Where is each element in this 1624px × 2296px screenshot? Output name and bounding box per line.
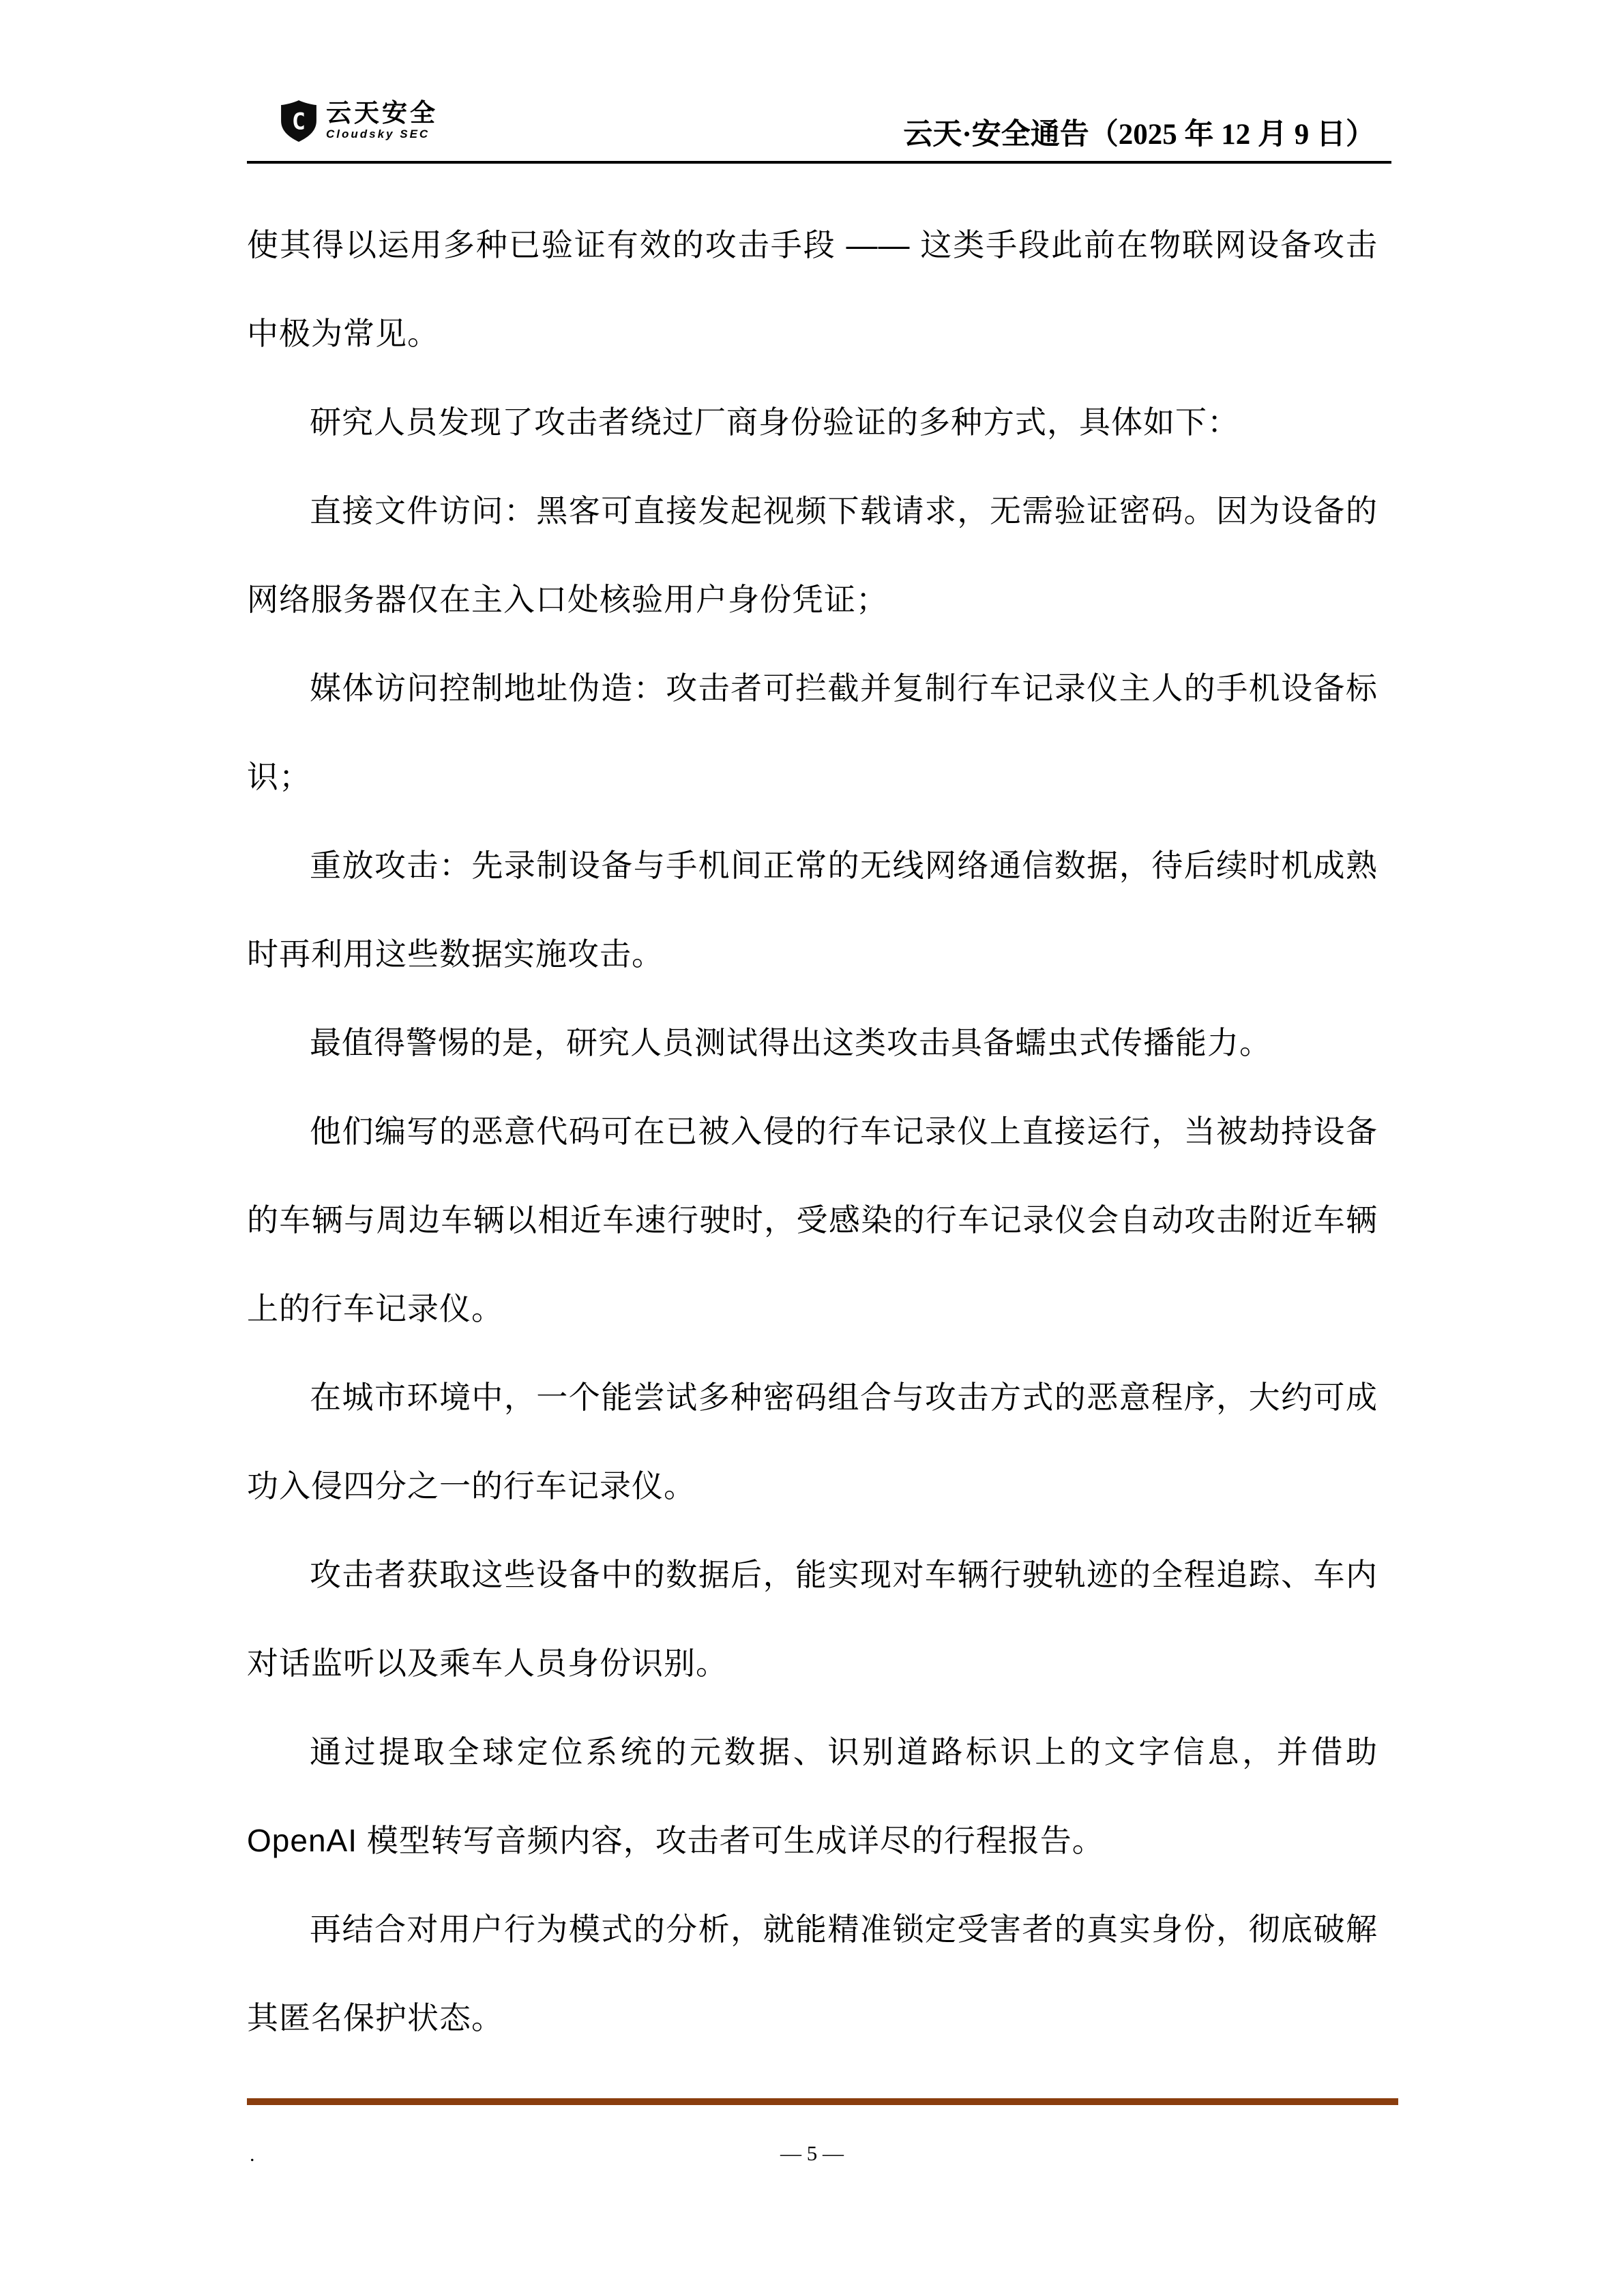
body-paragraph: 在城市环境中，一个能尝试多种密码组合与攻击方式的恶意程序，大约可成功入侵四分之一… bbox=[247, 1353, 1378, 1530]
body-paragraph: 他们编写的恶意代码可在已被入侵的行车记录仪上直接运行，当被劫持设备的车辆与周边车… bbox=[247, 1087, 1378, 1353]
body-paragraph: 研究人员发现了攻击者绕过厂商身份验证的多种方式，具体如下： bbox=[247, 378, 1378, 466]
body-paragraph: 使其得以运用多种已验证有效的攻击手段 —— 这类手段此前在物联网设备攻击中极为常… bbox=[247, 200, 1378, 378]
shield-logo-icon: C bbox=[280, 100, 317, 142]
body-paragraph: 最值得警惕的是，研究人员测试得出这类攻击具备蠕虫式传播能力。 bbox=[247, 998, 1378, 1087]
brand-name-cn: 云天安全 bbox=[326, 100, 438, 126]
page-number: — 5 — bbox=[0, 2138, 1624, 2168]
body-paragraph: 通过提取全球定位系统的元数据、识别道路标识上的文字信息，并借助 OpenAI 模… bbox=[247, 1708, 1378, 1885]
body-paragraph: 媒体访问控制地址伪造：攻击者可拦截并复制行车记录仪主人的手机设备标识； bbox=[247, 644, 1378, 821]
body-paragraph: 重放攻击：先录制设备与手机间正常的无线网络通信数据，待后续时机成熟时再利用这些数… bbox=[247, 821, 1378, 998]
header-rule bbox=[247, 161, 1391, 164]
footer-rule bbox=[247, 2098, 1398, 2105]
document-page: C 云天安全 Cloudsky SEC 云天·安全通告（2025 年 12 月 … bbox=[0, 0, 1624, 2296]
body-paragraph: 直接文件访问：黑客可直接发起视频下载请求，无需验证密码。因为设备的网络服务器仅在… bbox=[247, 466, 1378, 644]
body-paragraph: 再结合对用户行为模式的分析，就能精准锁定受害者的真实身份，彻底破解其匿名保护状态… bbox=[247, 1885, 1378, 2062]
brand-name-en: Cloudsky SEC bbox=[326, 128, 438, 141]
brand-logo: C 云天安全 Cloudsky SEC bbox=[280, 100, 438, 142]
shield-letter: C bbox=[292, 108, 306, 135]
brand-text: 云天安全 Cloudsky SEC bbox=[326, 100, 438, 141]
header-title: 云天·安全通告（2025 年 12 月 9 日） bbox=[903, 116, 1375, 154]
document-body: 使其得以运用多种已验证有效的攻击手段 —— 这类手段此前在物联网设备攻击中极为常… bbox=[247, 200, 1378, 2062]
body-paragraph: 攻击者获取这些设备中的数据后，能实现对车辆行驶轨迹的全程追踪、车内对话监听以及乘… bbox=[247, 1530, 1378, 1708]
